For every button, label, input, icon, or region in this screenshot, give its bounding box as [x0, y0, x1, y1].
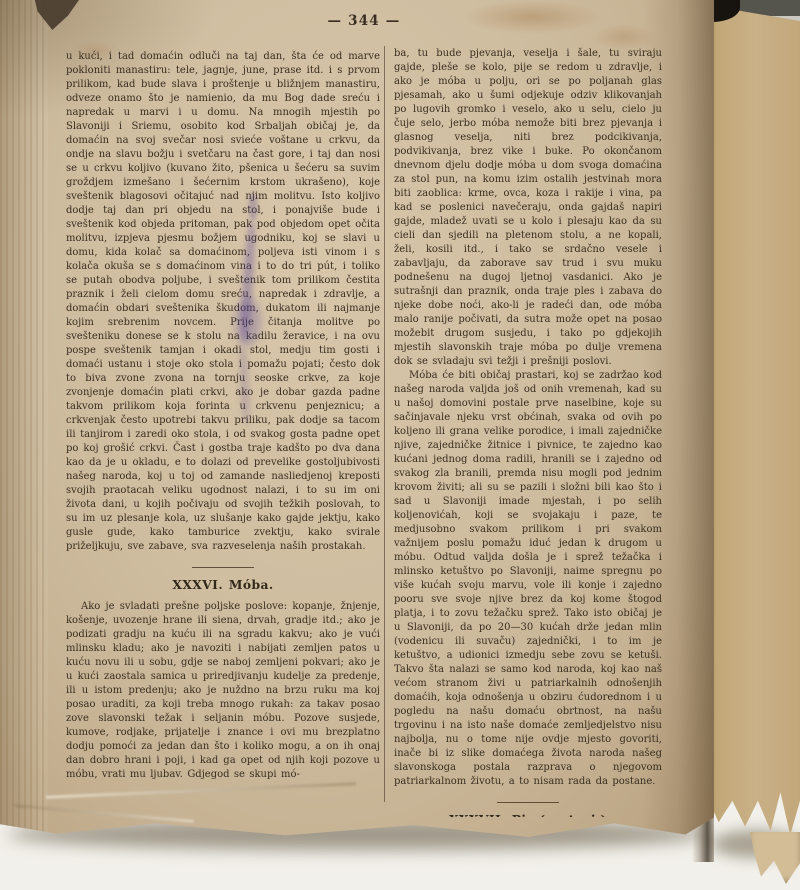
left-column: u kući, i tad domaćin odluči na taj dan,…	[66, 50, 380, 832]
right-column: ba, tu bude pjevanja, veselja i šale, tu…	[394, 47, 662, 817]
book-page: — 344 — u kući, i tad domaćin odluči na …	[0, 0, 714, 855]
paragraph-moba-continued: ba, tu bude pjevanja, veselja i šale, tu…	[394, 47, 662, 369]
page-number: — 344 —	[66, 13, 662, 29]
paragraph-continued-from-previous-page: u kući, i tad domaćin odluči na taj dan,…	[66, 50, 380, 554]
background-surface: — 344 — u kući, i tad domaćin odluči na …	[0, 0, 800, 890]
torn-paper-flap	[750, 832, 800, 884]
section-divider-rule	[497, 802, 559, 803]
section-divider-rule	[192, 567, 254, 568]
facing-page-edge	[702, 9, 800, 865]
section-heading-pir: XXXVII. Pir (svatovi.)	[394, 813, 662, 817]
column-divider-line	[384, 46, 385, 802]
paragraph-moba-origin: Móba će biti običaj prastari, koj se zad…	[394, 369, 662, 789]
section-heading-moba: XXXVI. Móba.	[66, 578, 380, 592]
paragraph-moba: Ako je svladati prešne poljske poslove: …	[66, 600, 380, 782]
page-edge-stripes	[0, 0, 48, 855]
